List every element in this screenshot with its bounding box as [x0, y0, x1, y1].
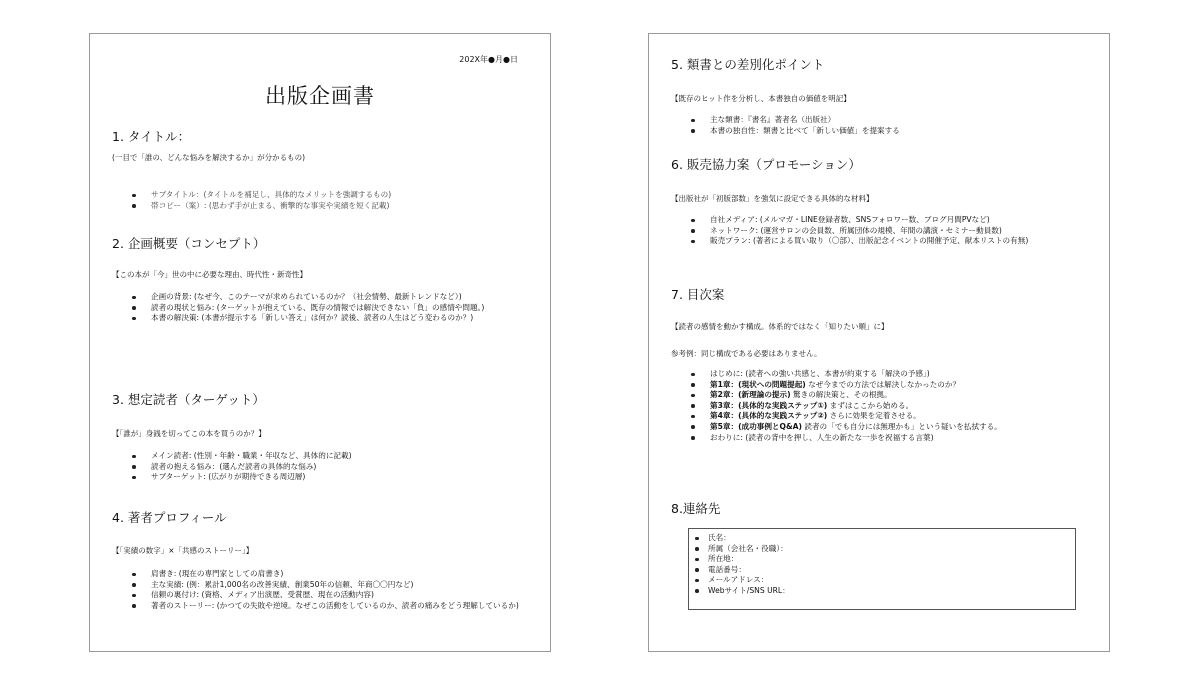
section-6-note: 【出版社が「初版部数」を強気に設定できる具体的な材料】 — [671, 193, 874, 204]
contact-list: 氏名： 所属（会社名・役職）： 所在地： 電話番号： メールアドレス： Webサ… — [695, 533, 790, 597]
list-item: 主な類書：『書名』著者名（出版社） — [691, 115, 1091, 126]
section-8-heading: 8.連絡先 — [671, 499, 720, 517]
list-item: 本書の独自性：類書と比べて「新しい価値」を提案する — [691, 126, 1091, 137]
section-2-note: 【この本が「今」世の中に必要な理由、時代性・新奇性】 — [112, 269, 307, 280]
contact-box: 氏名： 所属（会社名・役職）： 所在地： 電話番号： メールアドレス： Webサ… — [688, 528, 1076, 610]
list-item: サブタイトル：(タイトルを補足し、具体的なメリットを強調するもの) — [132, 190, 532, 201]
section-3-heading: 3. 想定読者（ターゲット） — [112, 390, 265, 408]
section-5-list: 主な類書：『書名』著者名（出版社） 本書の独自性：類書と比べて「新しい価値」を提… — [691, 115, 1091, 136]
section-3-list: メイン読者: (性別・年齢・職業・年収など、具体的に記載) 読者の抱える悩み：(… — [132, 451, 532, 483]
section-4-list: 肩書き: (現在の専門家としての肩書き) 主な実績: (例：累計1,000名の改… — [132, 569, 522, 611]
section-3-note: 【「誰が」身銭を切ってこの本を買うのか？】 — [112, 428, 266, 439]
section-2-heading: 2. 企画概要（コンセプト） — [112, 234, 265, 252]
document-page-1: 202X年●月●日 出版企画書 1. タイトル： (一目で「誰の、どんな悩みを解… — [89, 33, 551, 652]
list-item: 肩書き: (現在の専門家としての肩書き) — [132, 569, 522, 580]
document-page-2: 5. 類書との差別化ポイント 【既存のヒット作を分析し、本書独自の価値を明記】 … — [648, 33, 1110, 652]
section-6-heading: 6. 販売協力案（プロモーション） — [671, 155, 861, 173]
section-6-list: 自社メディア: (メルマガ・LINE登録者数、SNSフォロワー数、ブログ月間PV… — [691, 215, 1086, 247]
toc-list: はじめに: (読者への強い共感と、本書が約束する「解決の予感」) 第1章：(現状… — [691, 369, 1091, 443]
toc-item: 第3章：(具体的な実践ステップ①) まずはここから始める。 — [691, 401, 1091, 412]
toc-item: はじめに: (読者への強い共感と、本書が約束する「解決の予感」) — [691, 369, 1091, 380]
toc-item: 第5章：(成功事例とQ&A) 読者の「でも自分には無理かも」という疑いを払拭する… — [691, 422, 1091, 433]
section-4-note: 【「実績の数字」×「共感のストーリー」】 — [112, 545, 253, 556]
list-item: 読者の抱える悩み：(選んだ読者の具体的な悩み) — [132, 462, 532, 473]
contact-email-field: メールアドレス： — [695, 575, 790, 586]
list-item: 読者の現状と悩み: (ターゲットが抱えている、既存の情報では解決できない「負」の… — [132, 303, 522, 314]
section-4-heading: 4. 著者プロフィール — [112, 508, 227, 526]
section-2-list: 企画の背景: (なぜ今、このテーマが求められているのか？（社会情勢、最新トレンド… — [132, 292, 522, 324]
section-5-note: 【既存のヒット作を分析し、本書独自の価値を明記】 — [671, 93, 851, 104]
toc-item: おわりに: (読者の背中を押し、人生の新たな一歩を祝福する言葉) — [691, 433, 1091, 444]
contact-name-field: 氏名： — [695, 533, 790, 544]
section-1-list: サブタイトル：(タイトルを補足し、具体的なメリットを強調するもの) 帯コピー（案… — [132, 190, 532, 211]
document-title: 出版企画書 — [90, 80, 550, 110]
section-1-note: (一目で「誰の、どんな悩みを解決するか」が分かるもの) — [112, 152, 305, 163]
list-item: 販売プラン: (著者による買い取り（〇部）、出版記念イベントの開催予定、献本リス… — [691, 236, 1086, 247]
document-date: 202X年●月●日 — [459, 54, 518, 65]
section-7-heading: 7. 目次案 — [671, 285, 724, 303]
contact-address-field: 所在地： — [695, 554, 790, 565]
list-item: 帯コピー（案）: (思わず手が止まる、衝撃的な事実や実績を短く記載) — [132, 201, 532, 212]
contact-affiliation-field: 所属（会社名・役職）： — [695, 544, 790, 555]
list-item: ネットワーク: (運営サロンの会員数、所属団体の規模、年間の講演・セミナー動員数… — [691, 226, 1086, 237]
toc-item: 第4章：(具体的な実践ステップ②) さらに効果を定着させる。 — [691, 411, 1091, 422]
section-5-heading: 5. 類書との差別化ポイント — [671, 55, 824, 73]
contact-phone-field: 電話番号： — [695, 565, 790, 576]
contact-website-field: Webサイト/SNS URL： — [695, 586, 790, 597]
list-item: 自社メディア: (メルマガ・LINE登録者数、SNSフォロワー数、ブログ月間PV… — [691, 215, 1086, 226]
list-item: 信頼の裏付け: (資格、メディア出演歴、受賞歴、現在の活動内容) — [132, 590, 522, 601]
list-item: メイン読者: (性別・年齢・職業・年収など、具体的に記載) — [132, 451, 532, 462]
section-7-note: 【読者の感情を動かす構成。体系的ではなく「知りたい順」に】 — [671, 321, 889, 332]
toc-item: 第2章：(新理論の提示) 驚きの解決策と、その根拠。 — [691, 390, 1091, 401]
section-7-example: 参考例：同じ構成である必要はありません。 — [671, 348, 821, 359]
list-item: 著者のストーリー: (かつての失敗や逆境。なぜこの活動をしているのか、読者の痛み… — [132, 601, 522, 612]
list-item: 本書の解決策: (本書が提示する「新しい答え」は何か？読後、読者の人生はどう変わ… — [132, 313, 522, 324]
section-1-heading: 1. タイトル： — [112, 127, 190, 145]
list-item: 主な実績: (例：累計1,000名の改善実績、創業50年の信頼、年商〇〇円など) — [132, 580, 522, 591]
list-item: 企画の背景: (なぜ今、このテーマが求められているのか？（社会情勢、最新トレンド… — [132, 292, 522, 303]
toc-item: 第1章：(現状への問題提起) なぜ今までの方法では解決しなかったのか？ — [691, 380, 1091, 391]
list-item: サブターゲット: (広がりが期待できる周辺層) — [132, 472, 532, 483]
